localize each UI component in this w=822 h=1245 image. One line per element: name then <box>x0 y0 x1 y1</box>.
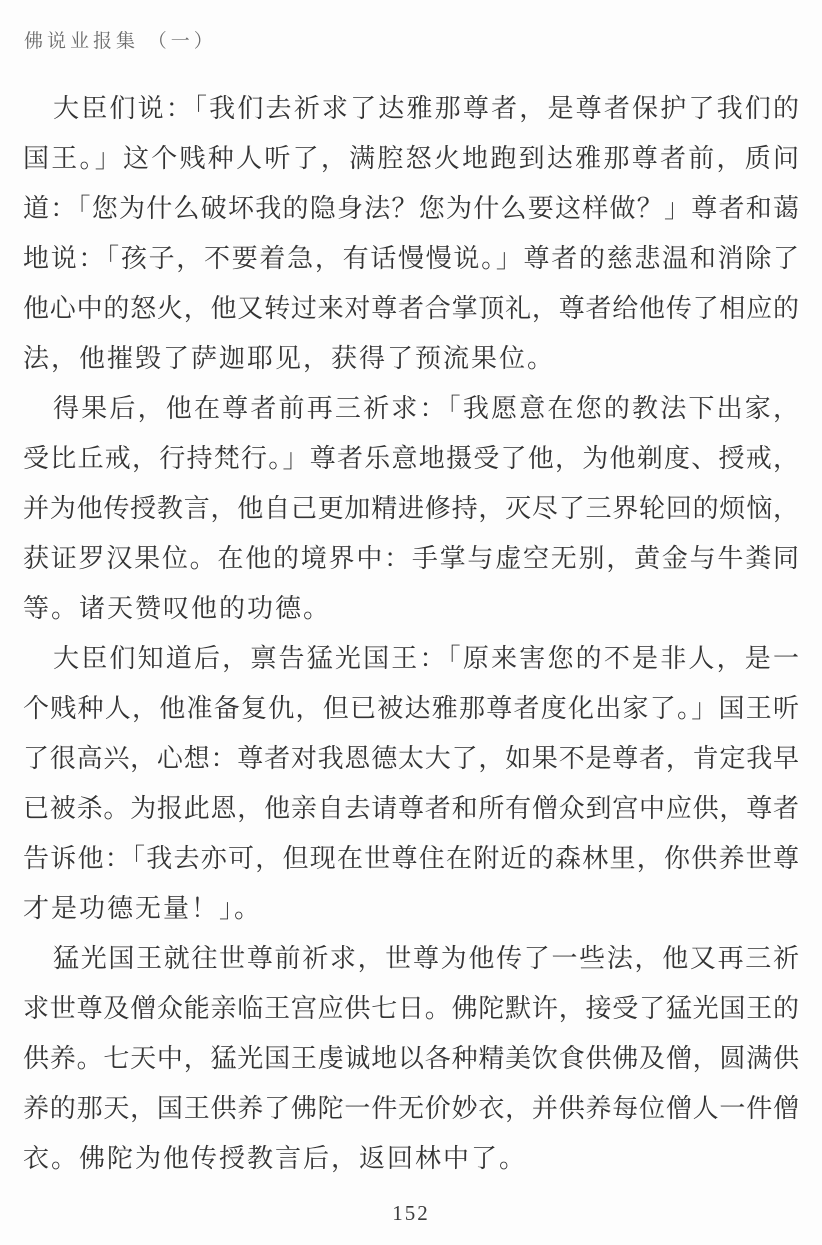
text-line: 求世尊及僧众能亲临王宫应供七日。佛陀默许，接受了猛光国王的 <box>23 984 799 1034</box>
text-line: 他心中的怒火，他又转过来对尊者合掌顶礼，尊者给他传了相应的 <box>23 284 799 334</box>
text-line: 养的那天，国王供养了佛陀一件无价妙衣，并供养每位僧人一件僧 <box>23 1084 799 1134</box>
text-line: 供养。七天中，猛光国王虔诚地以各种精美饮食供佛及僧，圆满供 <box>23 1034 799 1084</box>
text-line: 并为他传授教言，他自己更加精进修持，灭尽了三界轮回的烦恼， <box>23 484 799 534</box>
text-line: 得果后，他在尊者前再三祈求：「我愿意在您的教法下出家， <box>23 384 799 434</box>
text-line: 受比丘戒，行持梵行。」尊者乐意地摄受了他，为他剃度、授戒， <box>23 434 799 484</box>
text-line: 个贱种人，他准备复仇，但已被达雅那尊者度化出家了。」国王听 <box>23 684 799 734</box>
running-header: 佛说业报集 （一） <box>24 26 217 53</box>
text-line: 了很高兴，心想：尊者对我恩德太大了，如果不是尊者，肯定我早 <box>23 734 799 784</box>
book-page: 佛说业报集 （一） 大臣们说：「我们去祈求了达雅那尊者，是尊者保护了我们的 国王… <box>0 0 822 1245</box>
text-line: 才是功德无量！」。 <box>23 884 799 934</box>
text-line: 已被杀。为报此恩，他亲自去请尊者和所有僧众到宫中应供，尊者 <box>23 784 799 834</box>
text-line: 告诉他：「我去亦可，但现在世尊住在附近的森林里，你供养世尊 <box>23 834 799 884</box>
text-line: 法，他摧毁了萨迦耶见，获得了预流果位。 <box>23 334 799 384</box>
text-line: 等。诸天赞叹他的功德。 <box>23 584 799 634</box>
text-line: 大臣们说：「我们去祈求了达雅那尊者，是尊者保护了我们的 <box>23 84 799 134</box>
body-text: 大臣们说：「我们去祈求了达雅那尊者，是尊者保护了我们的 国王。」这个贱种人听了，… <box>23 84 799 1184</box>
text-line: 地说：「孩子，不要着急，有话慢慢说。」尊者的慈悲温和消除了 <box>23 234 799 284</box>
text-line: 猛光国王就往世尊前祈求，世尊为他传了一些法，他又再三祈 <box>23 934 799 984</box>
page-number: 152 <box>0 1201 822 1226</box>
text-line: 国王。」这个贱种人听了，满腔怒火地跑到达雅那尊者前，质问 <box>23 134 799 184</box>
text-line: 获证罗汉果位。在他的境界中：手掌与虚空无别，黄金与牛粪同 <box>23 534 799 584</box>
text-line: 道：「您为什么破坏我的隐身法？您为什么要这样做？」尊者和蔼 <box>23 184 799 234</box>
text-line: 衣。佛陀为他传授教言后，返回林中了。 <box>23 1134 799 1184</box>
text-line: 大臣们知道后，禀告猛光国王：「原来害您的不是非人，是一 <box>23 634 799 684</box>
